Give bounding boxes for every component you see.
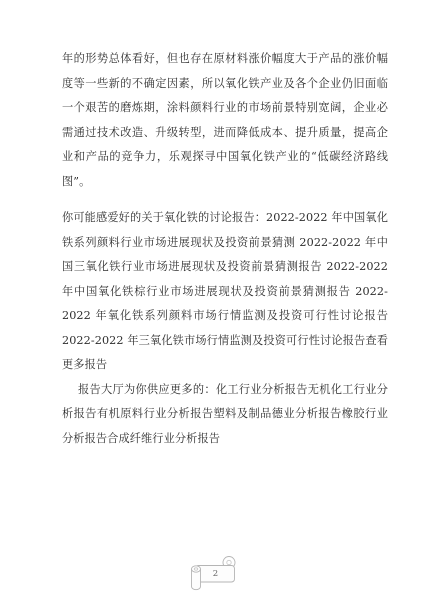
paragraph: 报告大厅为你供应更多的：化工行业分析报告无机化工行业分析报告有机原料行业分析报告… xyxy=(62,378,388,452)
paragraph: 你可能感爱好的关于氧化铁的讨论报告：2022-2022 年中国氧化铁系列颜料行业… xyxy=(62,206,388,378)
document-body: 年的形势总体看好，但也存在原材料涨价幅度大于产品的涨价幅度等一些新的不确定因素，… xyxy=(62,47,388,451)
page-footer: 2 xyxy=(188,553,240,593)
paragraph: 年的形势总体看好，但也存在原材料涨价幅度大于产品的涨价幅度等一些新的不确定因素，… xyxy=(62,47,388,194)
page-number: 2 xyxy=(196,566,235,582)
document-page: 年的形势总体看好，但也存在原材料涨价幅度大于产品的涨价幅度等一些新的不确定因素，… xyxy=(0,0,424,600)
